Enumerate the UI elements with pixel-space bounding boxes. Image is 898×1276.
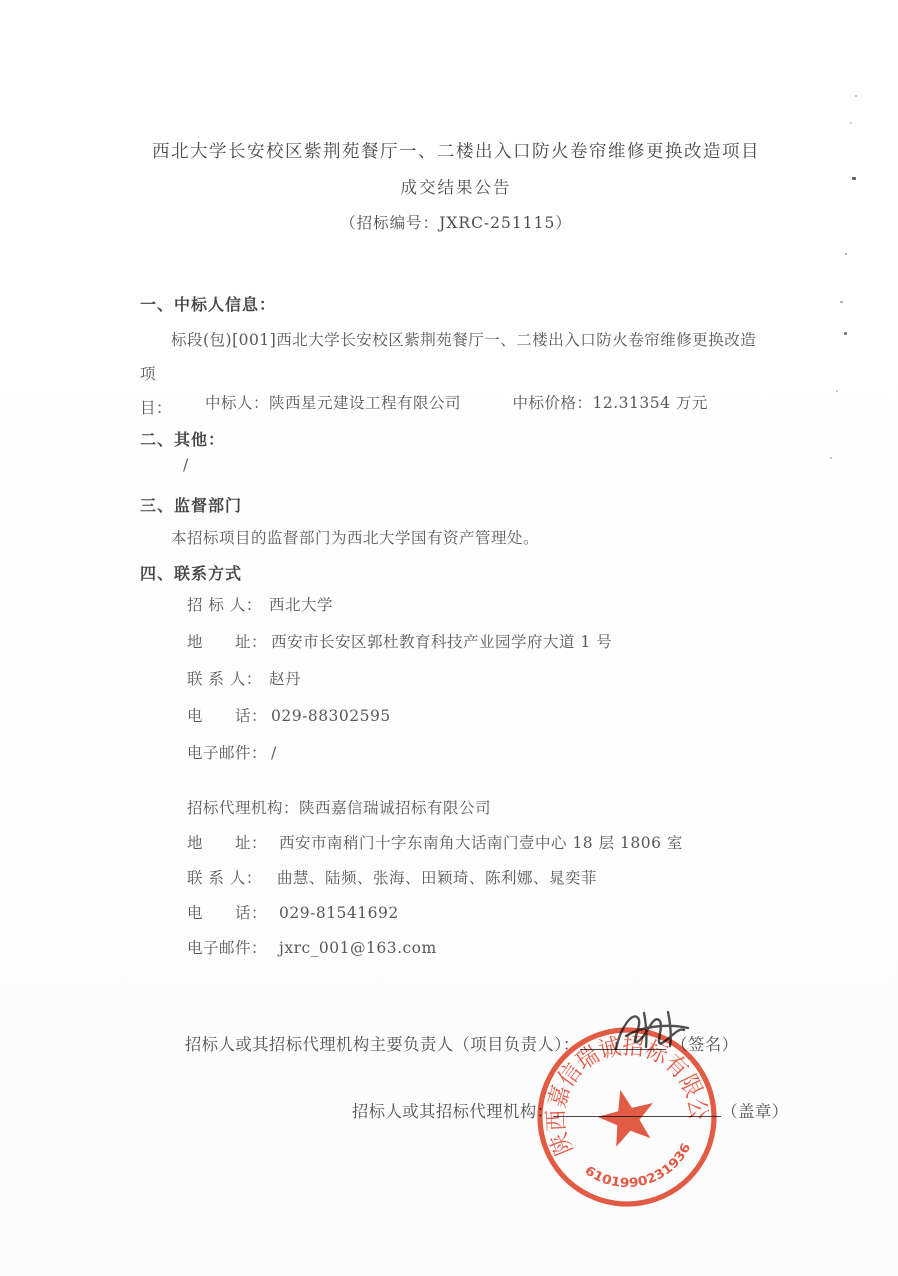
agency-email-value: jxrc_001@163.com xyxy=(279,939,437,957)
winner-name: 陕西星元建设工程有限公司 xyxy=(269,394,461,412)
tenderer-address-value: 西安市长安区郭杜教育科技产业园学府大道 1 号 xyxy=(271,633,612,651)
agency-name-value: 陕西嘉信瑞诚招标有限公司 xyxy=(299,799,491,817)
tenderer-phone-value: 029-88302595 xyxy=(271,707,391,725)
scan-speck xyxy=(852,177,856,180)
agency-contact-label: 联 系 人： xyxy=(187,867,265,889)
agency-contact-value: 曲慧、陆频、张海、田颖琦、陈利娜、晁奕菲 xyxy=(277,869,597,887)
scanned-document-page: 西北大学长安校区紫荆苑餐厅一、二楼出入口防火卷帘维修更换改造项目 成交结果公告 … xyxy=(0,0,898,1276)
section-heading-contact: 四、联系方式 xyxy=(140,561,772,584)
agency-phone-value: 029-81541692 xyxy=(279,904,399,922)
scan-speck xyxy=(850,122,852,124)
seal-star-icon xyxy=(593,1083,661,1149)
tenderer-name-value: 西北大学 xyxy=(269,596,333,614)
document-title-line1: 西北大学长安校区紫荆苑餐厅一、二楼出入口防火卷帘维修更换改造项目 xyxy=(140,138,772,163)
tenderer-row-contact-person: 联 系 人：赵丹 xyxy=(187,668,819,690)
tenderer-email-label: 电子邮件： xyxy=(187,742,267,764)
section-heading-winner-info: 一、中标人信息： xyxy=(140,292,772,315)
tenderer-contact-value: 赵丹 xyxy=(269,670,301,688)
price-value: 12.31354 万元 xyxy=(592,394,707,412)
agency-contact-block: 招标代理机构：陕西嘉信瑞诚招标有限公司 地 址：西安市南稍门十字东南角大话南门壹… xyxy=(140,797,819,972)
supervision-content: 本招标项目的监督部门为西北大学国有资产管理处。 xyxy=(140,526,803,548)
agency-row-name: 招标代理机构：陕西嘉信瑞诚招标有限公司 xyxy=(187,797,819,819)
package-line-start: 标段(包)[001]西北大学长安校区紫荆苑餐厅一、二楼出入口防火卷帘维修更换改造… xyxy=(140,331,756,383)
scan-speck xyxy=(855,95,857,97)
winner-line: 中标人：陕西星元建设工程有限公司 中标价格：12.31354 万元 xyxy=(140,391,837,413)
tenderer-email-value: / xyxy=(271,744,277,762)
agency-address-value: 西安市南稍门十字东南角大话南门壹中心 18 层 1806 室 xyxy=(279,834,683,852)
tenderer-contact-label: 联 系 人： xyxy=(187,668,265,690)
scan-speck xyxy=(844,332,847,335)
agency-name-label: 招标代理机构： xyxy=(187,799,299,817)
signature-line2-suffix: （盖章） xyxy=(721,1102,788,1121)
document-title-line2: 成交结果公告 xyxy=(140,174,772,198)
tenderer-contact-block: 招 标 人：西北大学 地 址：西安市长安区郭杜教育科技产业园学府大道 1 号 联… xyxy=(140,594,819,779)
seal-number-text: 6101990231936 xyxy=(580,1137,700,1201)
section-heading-other: 二、其他： xyxy=(140,427,772,450)
tenderer-phone-label: 电 话： xyxy=(187,705,267,727)
tenderer-address-label: 地 址： xyxy=(187,631,267,653)
scan-speck xyxy=(840,301,843,303)
price-label: 中标价格： xyxy=(512,394,592,412)
tenderer-row-name: 招 标 人：西北大学 xyxy=(187,594,819,616)
agency-row-email: 电子邮件：jxrc_001@163.com xyxy=(187,937,819,959)
agency-phone-label: 电 话： xyxy=(187,902,267,924)
tenderer-row-phone: 电 话：029-88302595 xyxy=(187,705,819,727)
section-heading-supervision: 三、监督部门 xyxy=(140,493,772,516)
tenderer-name-label: 招 标 人： xyxy=(187,594,265,616)
tenderer-row-address: 地 址：西安市长安区郭杜教育科技产业园学府大道 1 号 xyxy=(187,631,819,653)
tender-number: （招标编号：JXRC-251115） xyxy=(140,211,772,233)
handwritten-signature xyxy=(606,1003,706,1061)
agency-row-address: 地 址：西安市南稍门十字东南角大话南门壹中心 18 层 1806 室 xyxy=(187,832,819,854)
agency-row-contact-person: 联 系 人：曲慧、陆频、张海、田颖琦、陈利娜、晁奕菲 xyxy=(187,867,819,889)
winner-label: 中标人： xyxy=(205,394,269,412)
scan-speck xyxy=(845,253,847,255)
agency-row-phone: 电 话：029-81541692 xyxy=(187,902,819,924)
agency-email-label: 电子邮件： xyxy=(187,937,267,959)
scan-speck xyxy=(836,390,838,392)
other-content: / xyxy=(140,456,815,474)
scan-speck xyxy=(830,457,832,459)
signature-line2-label: 招标人或其招标代理机构： xyxy=(352,1102,553,1121)
signature-line1-label: 招标人或其招标代理机构主要负责人（项目负责人）： xyxy=(185,1035,580,1054)
tenderer-row-email: 电子邮件：/ xyxy=(187,742,819,764)
agency-address-label: 地 址： xyxy=(187,832,267,854)
